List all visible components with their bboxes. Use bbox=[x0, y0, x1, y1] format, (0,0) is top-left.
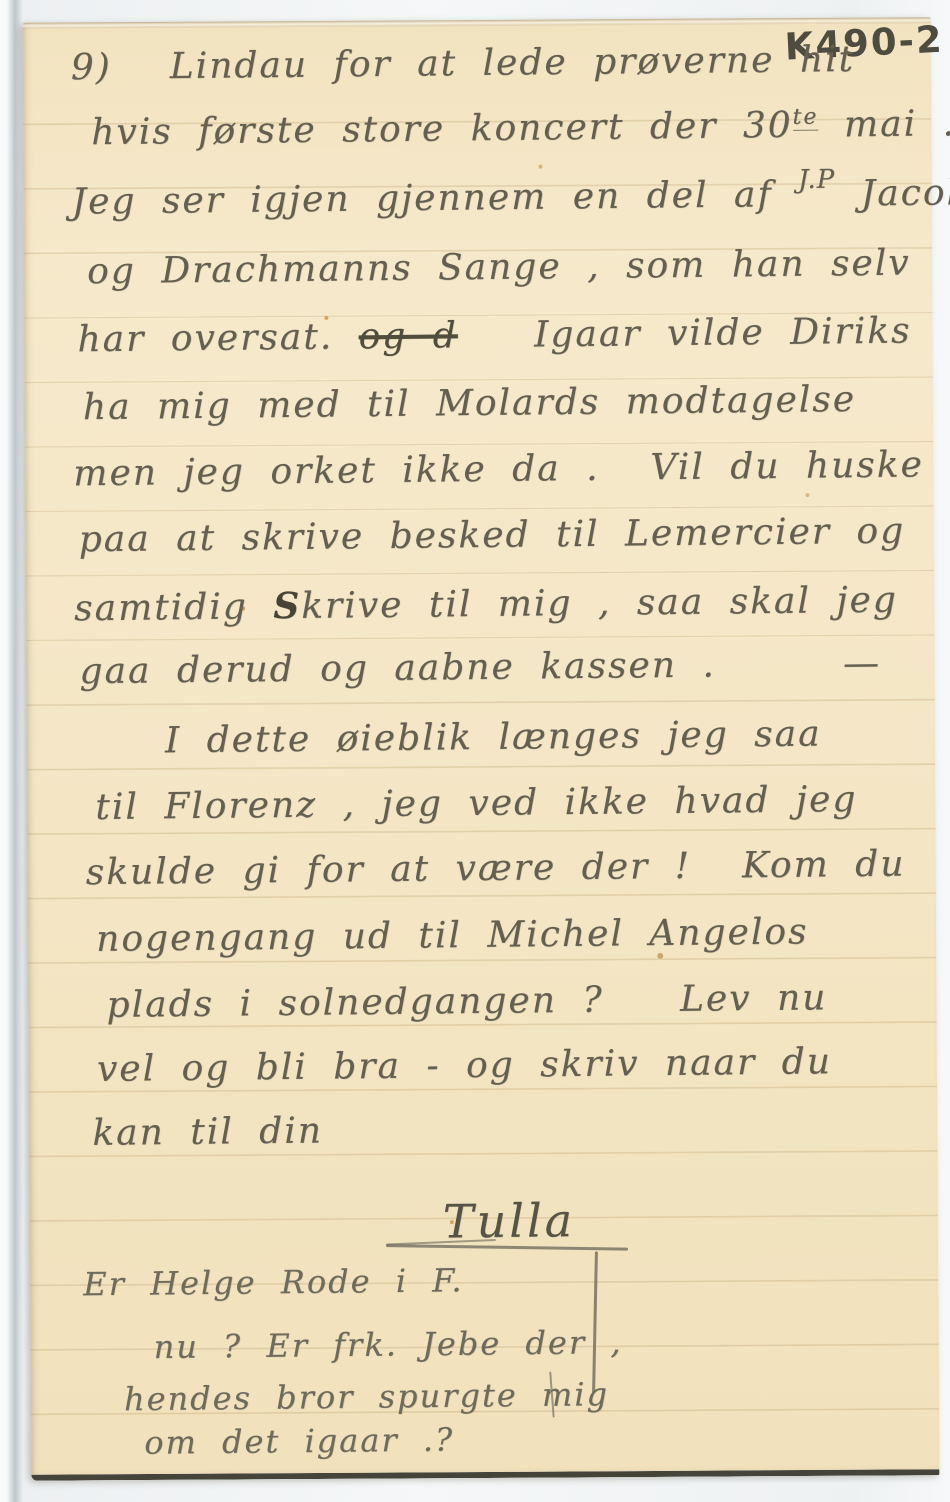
letter-line: 9)Lindau for at lede prøverne hit bbox=[71, 42, 856, 86]
letter-line: og Drachmanns Sange , som han selv bbox=[87, 246, 911, 291]
page-label: 9) bbox=[71, 47, 112, 88]
strikethrough-word: og d bbox=[358, 315, 458, 357]
letter-line: I dette øieblik længes jeg saa bbox=[165, 716, 822, 759]
letter-line: gaa derud og aabne kassen . — bbox=[79, 646, 881, 690]
letter-line: paa at skrive besked til Lemercier og bbox=[79, 514, 906, 559]
letter-line: men jeg orket ikke da . Vil du huske bbox=[73, 447, 924, 492]
postscript-line: hendes bror spurgte mig bbox=[124, 1378, 609, 1415]
letter-line: hvis første store koncert der 30te mai . bbox=[91, 106, 950, 151]
postscript-line: nu ? Er frk. Jebe der , bbox=[153, 1326, 622, 1363]
scanner-background: { "document": { "kind": "handwritten-let… bbox=[0, 0, 950, 1502]
letter-line-text: Jeg ser igjen gjennem en del af bbox=[71, 174, 798, 223]
letter-line: har oversat. og d Igaar vilde Diriks bbox=[77, 314, 911, 359]
letter-line-text: har oversat. bbox=[77, 316, 359, 360]
letter-line: vel og bli bra - og skriv naar du bbox=[97, 1044, 832, 1088]
insertion-above-line: J.P bbox=[798, 167, 835, 193]
signature: Tulla bbox=[443, 1197, 576, 1244]
letter-line: ha mig med til Molards modtagelse bbox=[83, 382, 857, 426]
letter-line: kan til din bbox=[92, 1113, 323, 1151]
letter-line-text: Igaar vilde Diriks bbox=[458, 311, 912, 357]
scan-edge-shadow bbox=[7, 0, 23, 1502]
letter-line-text: samtidig bbox=[74, 586, 274, 629]
letter-line-text: krive til mig , saa skal jeg bbox=[301, 580, 898, 627]
letter-line-text: Lindau for at lede prøverne hit bbox=[170, 39, 856, 87]
letter-line: nogengang ud til Michel Angelos bbox=[96, 914, 809, 957]
letter-line-text: Jacobsens bbox=[835, 171, 950, 214]
letter-line: plads i solnedgangen ? Lev nu bbox=[106, 980, 827, 1024]
letter-line-text: hvis første store koncert der 30 bbox=[91, 105, 793, 153]
letter-page: K490-2 9)Lindau for at lede prøverne hit… bbox=[23, 17, 940, 1481]
superscript-te: te bbox=[792, 105, 818, 131]
letter-line-text: mai . bbox=[818, 103, 950, 145]
letter-line: til Florenz , jeg ved ikke hvad jeg bbox=[95, 782, 857, 826]
postscript-line: om det igaar .? bbox=[144, 1424, 454, 1459]
postscript-line: Er Helge Rode i F. bbox=[83, 1264, 464, 1300]
letter-line: samtidig Skrive til mig , saa skal jeg bbox=[74, 582, 898, 628]
overwritten-letter: S bbox=[273, 585, 301, 627]
letter-line: skulde gi for at være der ! Kom du bbox=[86, 847, 906, 892]
